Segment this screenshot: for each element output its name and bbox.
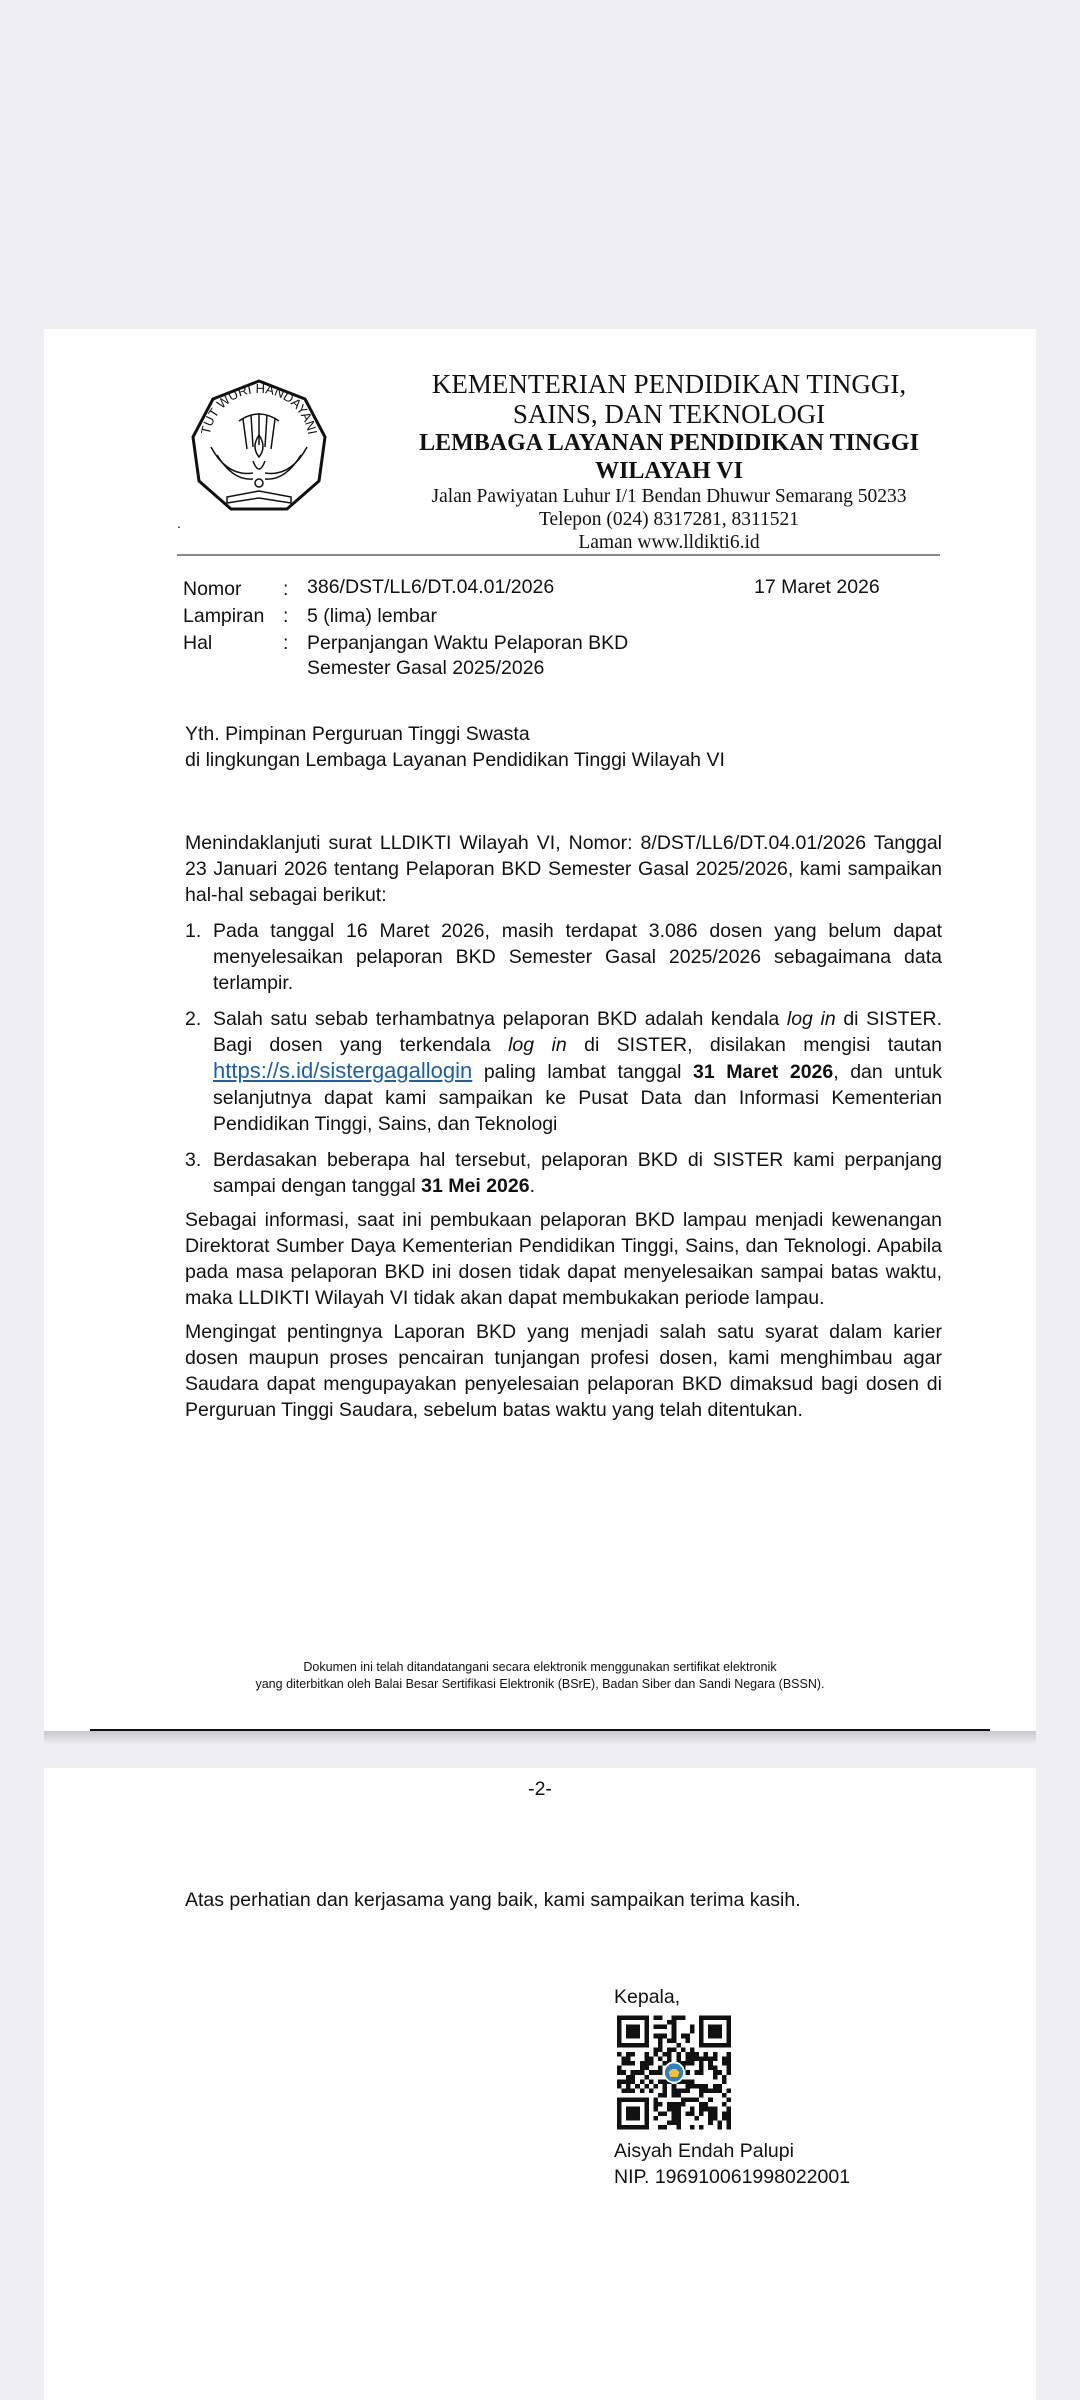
- hal-value-line-2: Semester Gasal 2025/2026: [307, 656, 544, 681]
- list-item-text: Salah satu sebab terhambatnya pelaporan …: [213, 1008, 787, 1030]
- form-link[interactable]: https://s.id/sistergagallogin: [213, 1058, 472, 1083]
- stray-dot: .: [177, 515, 181, 531]
- nomor-value: 386/DST/LL6/DT.04.01/2026: [307, 575, 554, 600]
- nomor-label: Nomor: [183, 577, 242, 602]
- list-item-text: .: [530, 1175, 535, 1197]
- recipient-line-2: di lingkungan Lembaga Layanan Pendidikan…: [185, 748, 725, 773]
- address: Jalan Pawiyatan Luhur I/1 Bendan Dhuwur …: [379, 485, 959, 508]
- page-number: -2-: [44, 1778, 1036, 1801]
- signer-name: Aisyah Endah Palupi: [614, 2139, 794, 2164]
- agency-line-2: WILAYAH VI: [379, 457, 959, 485]
- signer-nip: NIP. 196910061998022001: [614, 2165, 850, 2190]
- list-item: 2. Salah satu sebab terhambatnya pelapor…: [185, 1006, 942, 1137]
- footer-rule: [90, 1729, 990, 1731]
- e-signature-notice: Dokumen ini telah ditandatangani secara …: [44, 1659, 1036, 1693]
- list-item: 1. Pada tanggal 16 Maret 2026, masih ter…: [185, 918, 942, 996]
- lampiran-label: Lampiran: [183, 604, 264, 629]
- letterhead-rule: [177, 554, 940, 556]
- signer-title: Kepala,: [614, 1985, 680, 2010]
- letter-body: Menindaklanjuti surat LLDIKTI Wilayah VI…: [185, 830, 942, 1423]
- closing-sentence: Atas perhatian dan kerjasama yang baik, …: [185, 1888, 801, 1913]
- agency-line-1: LEMBAGA LAYANAN PENDIDIKAN TINGGI: [379, 429, 959, 457]
- lampiran-colon: :: [283, 604, 288, 629]
- letterhead: KEMENTERIAN PENDIDIKAN TINGGI, SAINS, DA…: [379, 369, 959, 554]
- e-signature-notice-line-2: yang diterbitkan oleh Balai Besar Sertif…: [44, 1676, 1036, 1693]
- tut-wuri-handayani-logo-icon: TUT WURI HANDAYANI: [187, 377, 331, 517]
- info-paragraph: Sebagai informasi, saat ini pembukaan pe…: [185, 1207, 942, 1311]
- website: Laman www.lldikti6.id: [379, 531, 959, 554]
- list-number: 3.: [185, 1147, 201, 1173]
- ministry-line-1: KEMENTERIAN PENDIDIKAN TINGGI,: [379, 369, 959, 399]
- hal-colon: :: [283, 631, 288, 656]
- lampiran-value: 5 (lima) lembar: [307, 604, 437, 629]
- deadline-date: 31 Maret 2026: [693, 1061, 833, 1083]
- hal-value-line-1: Perpanjangan Waktu Pelaporan BKD: [307, 631, 628, 656]
- list-number: 1.: [185, 918, 201, 944]
- nomor-colon: :: [283, 577, 288, 602]
- extension-date: 31 Mei 2026: [421, 1175, 529, 1197]
- signature-qr-code-icon[interactable]: [617, 2015, 731, 2130]
- phone: Telepon (024) 8317281, 8311521: [379, 508, 959, 531]
- list-item-text: Pada tanggal 16 Maret 2026, masih terdap…: [213, 920, 942, 994]
- page-1: TUT WURI HANDAYANI . KEMENTERIAN PENDIDI…: [44, 329, 1036, 1731]
- hal-label: Hal: [183, 631, 212, 656]
- e-signature-notice-line-1: Dokumen ini telah ditandatangani secara …: [44, 1659, 1036, 1676]
- ministry-line-2: SAINS, DAN TEKNOLOGI: [379, 399, 959, 429]
- recipient-line-1: Yth. Pimpinan Perguruan Tinggi Swasta: [185, 722, 530, 747]
- list-item: 3. Berdasakan beberapa hal tersebut, pel…: [185, 1147, 942, 1199]
- appeal-paragraph: Mengingat pentingnya Laporan BKD yang me…: [185, 1319, 942, 1423]
- list-item-text: Berdasakan beberapa hal tersebut, pelapo…: [213, 1149, 942, 1197]
- list-number: 2.: [185, 1006, 201, 1032]
- list-item-text: di SISTER, disilakan mengisi tautan: [567, 1034, 942, 1056]
- page-2: -2- Atas perhatian dan kerjasama yang ba…: [44, 1768, 1036, 2400]
- intro-paragraph: Menindaklanjuti surat LLDIKTI Wilayah VI…: [185, 830, 942, 908]
- italic-term: log in: [787, 1008, 836, 1030]
- italic-term: log in: [508, 1034, 567, 1056]
- list-item-text: paling lambat tanggal: [472, 1061, 693, 1083]
- letter-date: 17 Maret 2026: [754, 575, 880, 600]
